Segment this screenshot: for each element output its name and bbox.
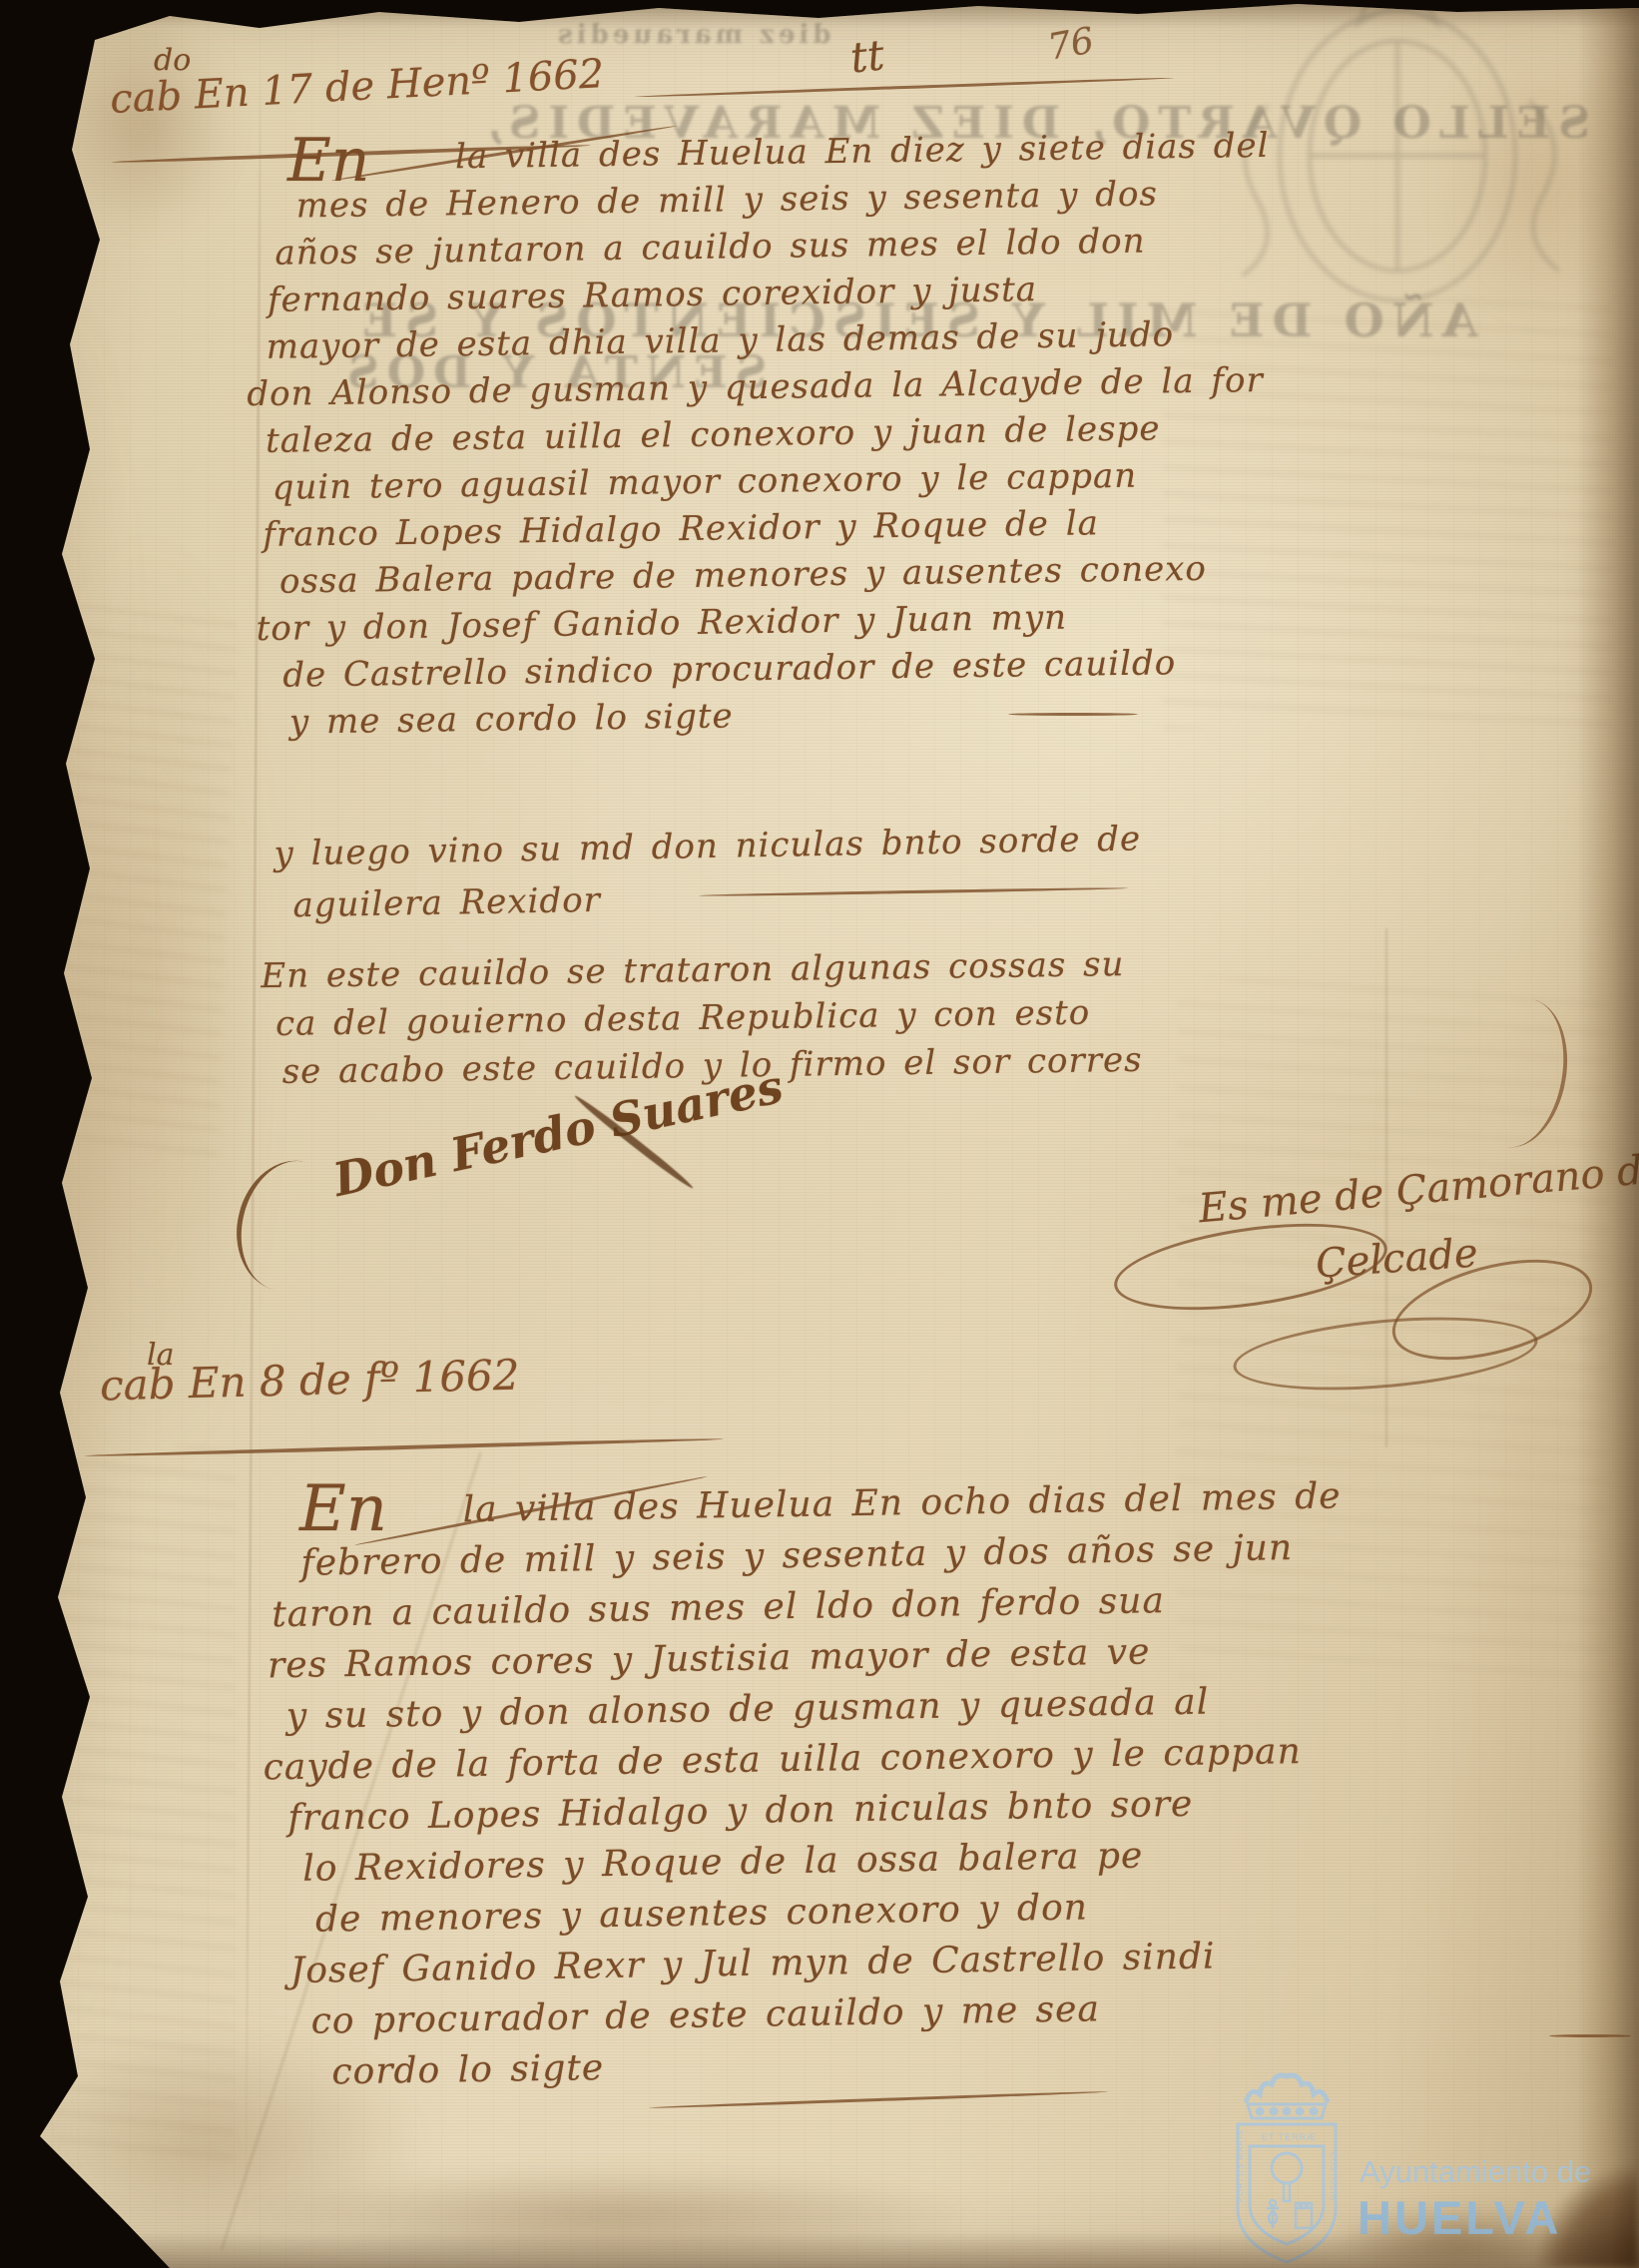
entry1-acuerdo-paragraph: En este cauildo se trataron algunas coss… — [261, 940, 1143, 1096]
entry1-note-paragraph: y luego vino su md don niculas bnto sord… — [273, 813, 1142, 931]
paper-stain — [30, 539, 260, 1477]
acuerdo-side-curl — [1460, 991, 1579, 1155]
cabildo-heading-2: la cab En 8 de fº 1662 — [85, 1350, 537, 1399]
cabildo-heading-1: do cab En 17 de Henº 1662 — [88, 58, 625, 104]
top-cross-mark: tt — [848, 30, 887, 82]
escribano-rubric-swirl — [1231, 1307, 1541, 1401]
sigte-dash — [1008, 713, 1138, 716]
cabildo-heading-2-underline — [85, 1437, 724, 1458]
entry1-paragraph: la villa des Huelua En diez y siete dias… — [244, 123, 1278, 747]
shield-motto-right: CUSTODIA — [1329, 2152, 1338, 2201]
bottom-stain-band — [240, 2166, 978, 2266]
huelva-shield-watermark: ET TERRÆ PORTUS MARIS CUSTODIA — [1226, 2072, 1348, 2268]
entry2-paragraph: la villa des Huelua En ocho dias del mes… — [245, 1470, 1350, 2098]
signature-escribano-line2: Çelcade — [1315, 1230, 1479, 1287]
top-flourish-stroke — [635, 77, 1174, 99]
signature-escribano-line1: Es me de Çamorano de — [1197, 1146, 1639, 1233]
shield-motto-left: PORTUS MARIS — [1236, 2129, 1245, 2202]
shield-motto-top: ET TERRÆ — [1262, 2132, 1317, 2142]
watermark-org-prefix: Ayuntamiento de — [1360, 2154, 1591, 2190]
entry2-final-dash — [649, 2090, 1108, 2109]
bleedthrough-smudge — [55, 1447, 235, 2166]
scanned-manuscript-page: diez marauedis SELLO QVARTO, DIEZ MARAVE… — [0, 0, 1639, 2268]
watermark-org-name: HUELVA — [1358, 2190, 1561, 2245]
parchment-sheet: diez marauedis SELLO QVARTO, DIEZ MARAVE… — [0, 0, 1639, 2268]
paper-stain — [0, 280, 130, 2076]
stamp-ghost-small: diez marauedis — [554, 20, 830, 50]
bleedthrough-smudge — [8, 596, 237, 1162]
entry2-sea-dash — [1549, 2034, 1631, 2037]
folio-number: 76 — [1045, 20, 1097, 68]
paper-stain — [55, 15, 235, 235]
cabildo-heading-2-text: cab En 8 de fº 1662 — [99, 1351, 520, 1411]
